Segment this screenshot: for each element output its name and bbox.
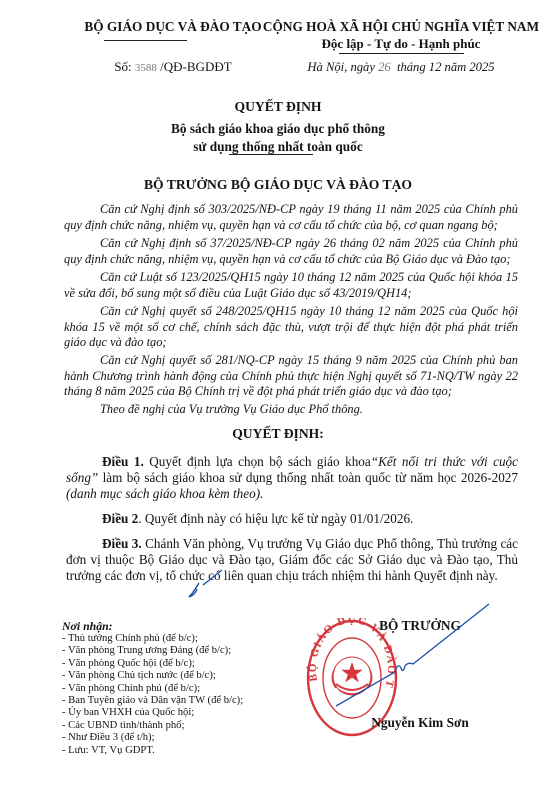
recipients-list: - Thủ tướng Chính phủ (để b/c); - Văn ph…: [62, 633, 243, 757]
article-2: Điều 2. Quyết định này có hiệu lực kể từ…: [66, 511, 518, 527]
article-3: Điều 3. Chánh Văn phòng, Vụ trưởng Vụ Gi…: [66, 536, 518, 584]
document-date: Hà Nội, ngày 26 tháng 12 năm 2025: [251, 60, 551, 75]
article-label: Điều 3.: [102, 536, 142, 551]
document-subtitle-line1: Bộ sách giáo khoa giáo dục phổ thông: [0, 121, 556, 137]
article-note: (danh mục sách giáo khoa kèm theo).: [66, 486, 263, 501]
decision-heading: QUYẾT ĐỊNH:: [0, 426, 556, 442]
document-title: QUYẾT ĐỊNH: [0, 99, 556, 115]
preamble-paragraph: Căn cứ Luật số 123/2025/QH15 ngày 10 thá…: [64, 270, 518, 301]
article-label: Điều 2: [102, 511, 138, 526]
recipient-item: - Văn phòng Quốc hội (để b/c);: [62, 658, 243, 670]
date-suffix: tháng 12 năm 2025: [391, 60, 495, 74]
motto-underline: [339, 53, 464, 54]
number-value: 3588: [135, 62, 157, 74]
date-prefix: Hà Nội, ngày: [307, 60, 378, 74]
national-motto: Độc lập - Tự do - Hạnh phúc: [251, 36, 551, 52]
recipient-item: - Như Điều 3 (để t/h);: [62, 732, 243, 744]
recipient-item: - Văn phòng Trung ương Đảng (để b/c);: [62, 645, 243, 657]
document-subtitle-line2: sử dụng thống nhất toàn quốc: [0, 139, 556, 155]
recipients-heading: Nơi nhận:: [62, 619, 113, 634]
recipient-item: - Ban Tuyên giáo và Dân vận TW (để b/c);: [62, 695, 243, 707]
ministry-underline: [104, 40, 187, 41]
article-label: Điều 1.: [102, 454, 144, 469]
signatory-name: Nguyễn Kim Sơn: [340, 715, 500, 731]
article-text: Quyết định lựa chọn bộ sách giáo khoa: [144, 454, 371, 469]
article-text: . Quyết định này có hiệu lực kể từ ngày …: [138, 511, 413, 526]
issuing-authority: BỘ TRƯỞNG BỘ GIÁO DỤC VÀ ĐÀO TẠO: [0, 177, 556, 193]
subtitle-underline: [229, 154, 313, 155]
preamble-paragraph: Căn cứ Nghị quyết số 248/2025/QH15 ngày …: [64, 304, 518, 351]
number-suffix: /QĐ-BGDĐT: [157, 59, 232, 74]
recipient-item: - Lưu: VT, Vụ GDPT.: [62, 745, 243, 757]
recipient-item: - Thủ tướng Chính phủ (để b/c);: [62, 633, 243, 645]
number-prefix: Số:: [114, 59, 135, 74]
signatory-title: BỘ TRƯỞNG: [340, 618, 500, 634]
date-day: 26: [378, 60, 391, 74]
recipient-item: - Văn phòng Chủ tịch nước (để b/c);: [62, 670, 243, 682]
document-number: Số: 3588 /QĐ-BGDĐT: [78, 59, 268, 75]
recipient-item: - Các UBND tỉnh/thành phố;: [62, 720, 243, 732]
national-title: CỘNG HOÀ XÃ HỘI CHỦ NGHĨA VIỆT NAM: [251, 19, 551, 35]
recipient-item: - Ủy ban VHXH của Quốc hội;: [62, 707, 243, 719]
preamble-paragraph: Căn cứ Nghị định số 303/2025/NĐ-CP ngày …: [64, 202, 518, 233]
recipient-item: - Văn phòng Chính phủ (để b/c);: [62, 683, 243, 695]
preamble-paragraph: Căn cứ Nghị quyết số 281/NQ-CP ngày 15 t…: [64, 353, 518, 400]
article-text: làm bộ sách giáo khoa sử dụng thống nhất…: [98, 470, 518, 485]
preamble-paragraph: Căn cứ Nghị định số 37/2025/NĐ-CP ngày 2…: [64, 236, 518, 267]
issuing-ministry: BỘ GIÁO DỤC VÀ ĐÀO TẠO: [78, 19, 268, 35]
preamble-paragraph: Theo đề nghị của Vụ trưởng Vụ Giáo dục P…: [64, 402, 518, 418]
article-1: Điều 1. Quyết định lựa chọn bộ sách giáo…: [66, 454, 518, 502]
